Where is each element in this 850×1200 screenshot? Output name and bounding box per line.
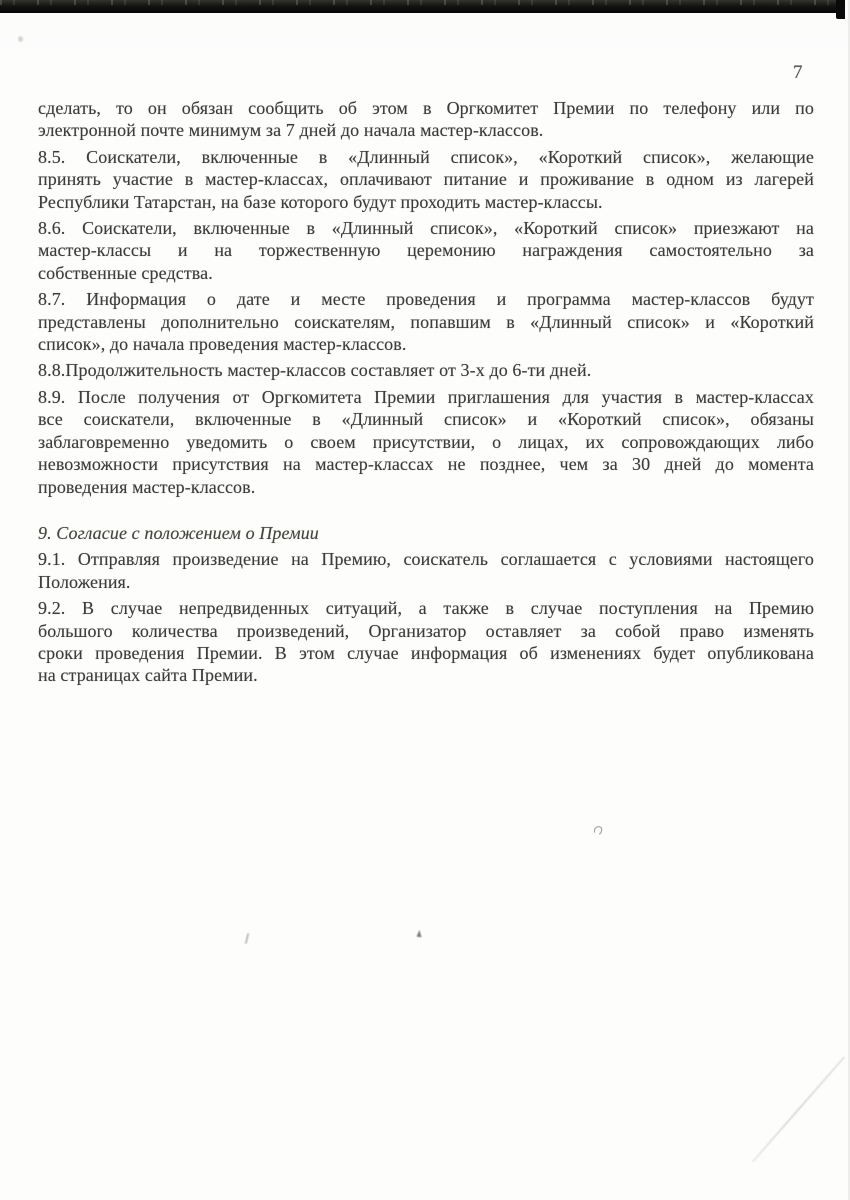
- scanned-document-page: 7 сделать, то он обязан сообщить об этом…: [0, 0, 850, 1200]
- paragraph-8-7: 8.7. Информация о дате и месте проведени…: [38, 288, 814, 355]
- paragraph-9-2: 9.2. В случае непредвиденных ситуаций, а…: [38, 597, 814, 687]
- text-line: список», до начала проведения мастер-кла…: [38, 333, 814, 355]
- scan-artifact-speck-slash: [245, 933, 250, 944]
- scan-artifact-speck-dot: [18, 36, 23, 42]
- text-line: невозможности присутствия на мастер-клас…: [38, 453, 814, 475]
- text-line: 8.5. Соискатели, включенные в «Длинный с…: [38, 146, 814, 168]
- scan-artifact-diagonal-line: [752, 1056, 845, 1162]
- text-line: 9.2. В случае непредвиденных ситуаций, а…: [38, 597, 814, 619]
- text-line: большого количества произведений, Органи…: [38, 620, 814, 642]
- text-line: 9. Согласие с положением о Премии: [38, 522, 814, 544]
- section-heading-9: 9. Согласие с положением о Премии: [38, 522, 814, 544]
- text-line: принять участие в мастер-классах, оплачи…: [38, 168, 814, 190]
- document-body: сделать, то он обязан сообщить об этом в…: [38, 97, 814, 691]
- text-line: мастер-классы и на торжественную церемон…: [38, 239, 814, 261]
- text-line: собственные средства.: [38, 262, 814, 284]
- text-line: сроки проведения Премии. В этом случае и…: [38, 642, 814, 664]
- text-line: 8.6. Соискатели, включенные в «Длинный с…: [38, 217, 814, 239]
- paragraph-8-5: 8.5. Соискатели, включенные в «Длинный с…: [38, 146, 814, 213]
- paragraph-8-8: 8.8.Продолжительность мастер-классов сос…: [38, 359, 814, 381]
- text-line: 8.7. Информация о дате и месте проведени…: [38, 288, 814, 310]
- paragraph-8-4-continuation: сделать, то он обязан сообщить об этом в…: [38, 97, 814, 142]
- paragraph-8-6: 8.6. Соискатели, включенные в «Длинный с…: [38, 217, 814, 284]
- paragraph-9-1: 9.1. Отправляя произведение на Премию, с…: [38, 548, 814, 593]
- page-number: 7: [793, 62, 803, 84]
- text-line: 8.9. После получения от Оргкомитета Прем…: [38, 386, 814, 408]
- scan-artifact-top-black-band: [0, 0, 845, 13]
- scan-artifact-top-right-notch: [836, 0, 845, 19]
- text-line: 8.8.Продолжительность мастер-классов сос…: [38, 359, 814, 381]
- text-line: все соискатели, включенные в «Длинный сп…: [38, 408, 814, 430]
- text-line: электронной почте минимум за 7 дней до н…: [38, 119, 814, 141]
- text-line: на страницах сайта Премии.: [38, 664, 814, 686]
- paragraph-8-9: 8.9. После получения от Оргкомитета Прем…: [38, 386, 814, 498]
- text-line: проведения мастер-классов.: [38, 476, 814, 498]
- text-line: заблаговременно уведомить о своем присут…: [38, 431, 814, 453]
- text-line: 9.1. Отправляя произведение на Премию, с…: [38, 548, 814, 570]
- text-line: Положения.: [38, 571, 814, 593]
- text-line: Республики Татарстан, на базе которого б…: [38, 191, 814, 213]
- text-line: представлены дополнительно соискателям, …: [38, 311, 814, 333]
- scan-artifact-speck-tick: [417, 930, 423, 938]
- text-line: сделать, то он обязан сообщить об этом в…: [38, 97, 814, 119]
- scan-artifact-speck-glyph: [593, 825, 604, 836]
